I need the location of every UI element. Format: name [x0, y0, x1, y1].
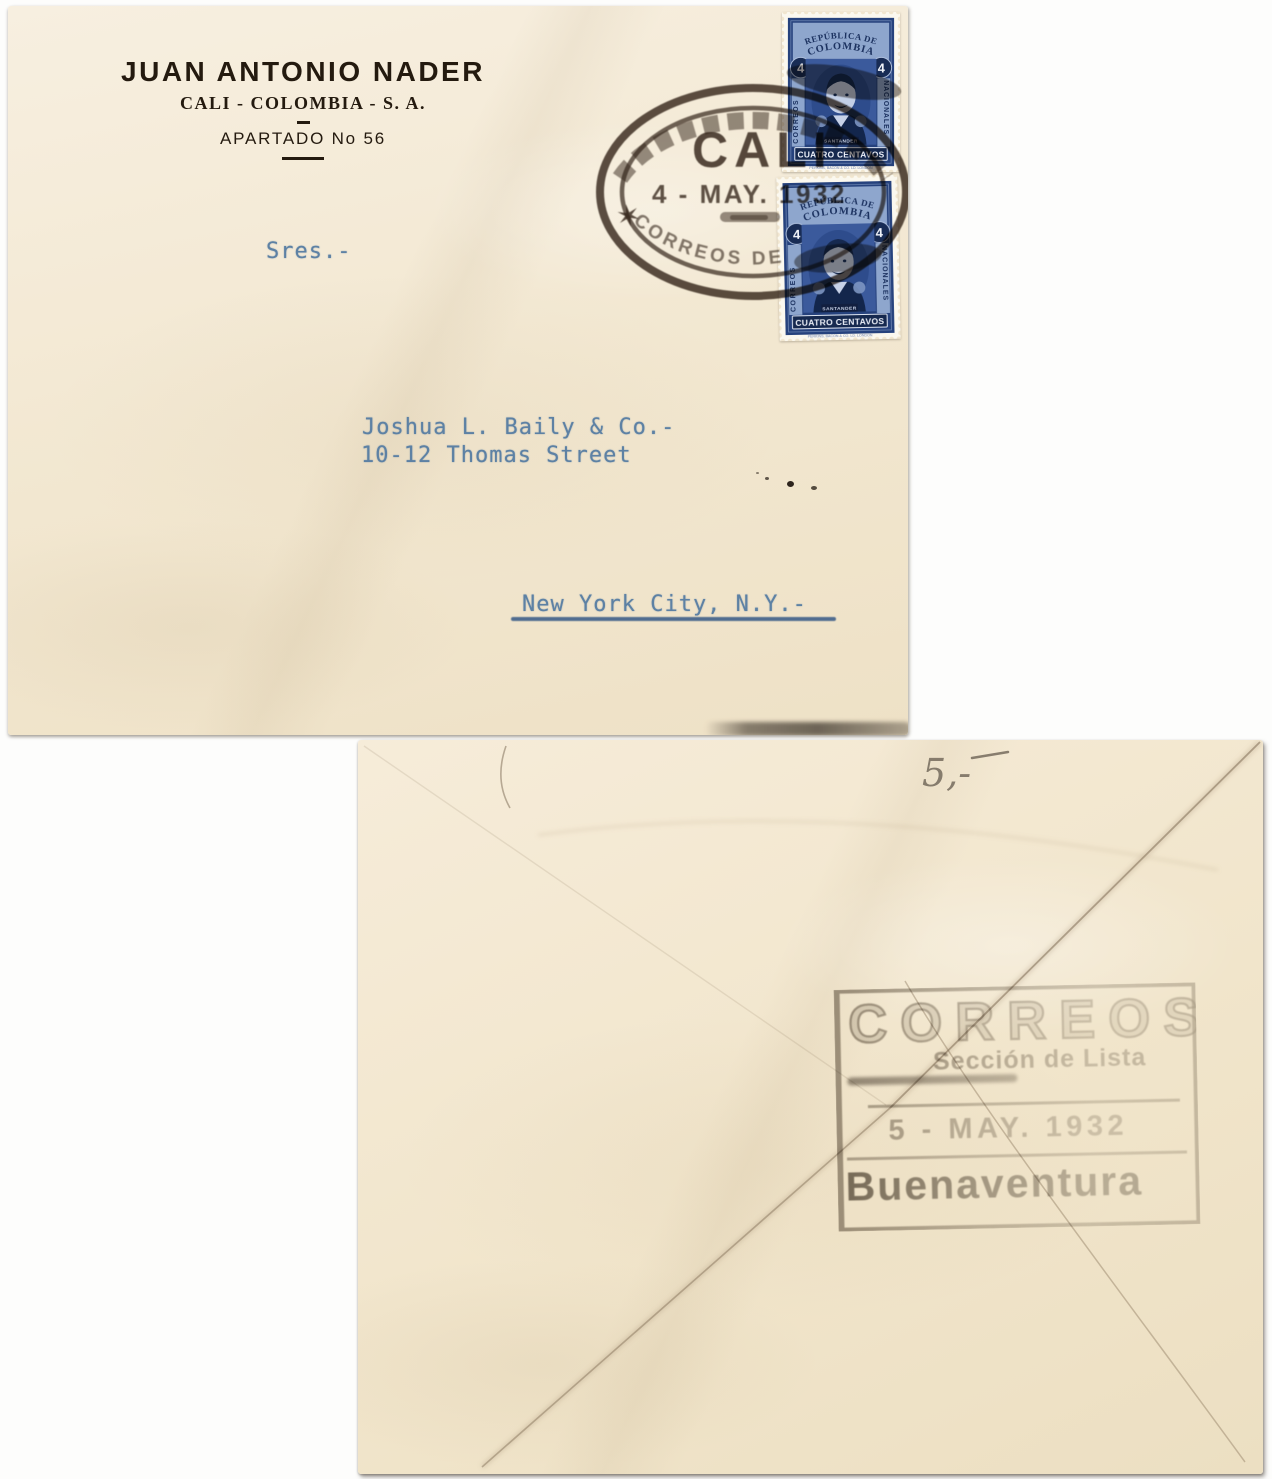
typed-salutation: Sres.- [266, 239, 351, 264]
cancel-city: CALI [692, 122, 833, 178]
ink-speck [787, 481, 794, 487]
envelope-back: 5,- CORREOS Sección de Lista 5 - MAY. 19… [358, 740, 1263, 1474]
cancel-ink-smudge [784, 57, 903, 107]
sender-imprint: JUAN ANTONIO NADER CALI - COLOMBIA - S. … [108, 56, 498, 160]
envelope-front: JUAN ANTONIO NADER CALI - COLOMBIA - S. … [8, 6, 908, 735]
typed-recipient: Joshua L. Baily & Co.- [362, 415, 675, 440]
typed-city: New York City, N.Y.- [522, 592, 807, 617]
pencil-rate-note: 5,- [914, 742, 1024, 802]
pencil-note-text: 5,- [922, 751, 971, 795]
sender-name: JUAN ANTONIO NADER [108, 56, 498, 88]
arrival-date: 5 - MAY. 1932 [888, 1110, 1128, 1148]
stamp-denomination: CUATRO CENTAVOS [795, 316, 884, 328]
typed-street: 10-12 Thomas Street [361, 443, 632, 468]
ink-speck [756, 472, 759, 474]
scanned-postal-cover: { "front": { "sender": { "name": "JUAN A… [0, 0, 1272, 1479]
divider-dash [297, 121, 310, 124]
sender-location: CALI - COLOMBIA - S. A. [108, 93, 498, 114]
ink-speck [765, 477, 769, 480]
typed-city-underline [511, 617, 836, 621]
ink-speck [811, 486, 817, 490]
arrival-place: Buenaventura [845, 1157, 1143, 1210]
cancel-date: 4 - MAY. 1932 [652, 179, 847, 209]
arrival-section: Sección de Lista [933, 1043, 1147, 1076]
sender-po-box: APARTADO No 56 [108, 129, 498, 149]
arrival-receiving-stamp: CORREOS Sección de Lista 5 - MAY. 1932 B… [834, 982, 1201, 1232]
stamp-divider-line [868, 1099, 1180, 1109]
edge-ink-smudge [705, 722, 908, 735]
oval-cancel-postmark: CALI 4 - MAY. 1932 ✶ CORREOS DE [592, 40, 908, 310]
divider-rule [282, 157, 324, 160]
